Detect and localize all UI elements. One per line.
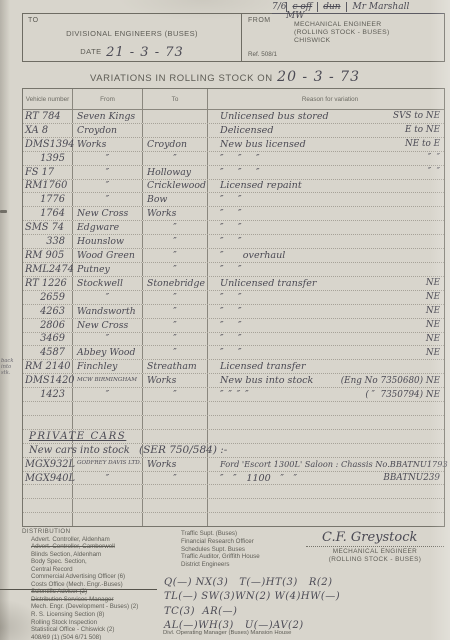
reason-cell: Unlicensed transferNE <box>208 277 444 290</box>
from-value: Godfrey Davis Ltd. <box>73 461 141 467</box>
to-cell: Croydon <box>143 138 208 151</box>
handwritten-initials: MW <box>286 11 304 21</box>
to-value: ″ <box>143 236 207 247</box>
distribution-item: Blinds Section, Aldenham <box>31 551 172 559</box>
table-row: DMS1394WorksCroydonNew bus licensedNE to… <box>23 138 444 152</box>
date-value-handwritten: 21 - 3 - 73 <box>106 45 184 60</box>
table-row: 1764New CrossWorks″ ″ <box>23 207 444 221</box>
routing-recipient: Mr Marshall <box>346 2 410 12</box>
reason-cell: ″ ″ <box>208 235 444 248</box>
title-date-handwritten: 20 - 3 - 73 <box>277 69 360 85</box>
vehicle-number: RM 905 <box>23 250 64 261</box>
reason-cell: ″ ″NE <box>208 319 444 332</box>
distribution-item: Traffic Supt. (Buses) <box>181 530 260 538</box>
table-row: PRIVATE CARS <box>23 430 444 444</box>
to-value: Works <box>143 459 176 470</box>
reason-cell: ″ ″NE <box>208 305 444 318</box>
to-value: ″ <box>143 389 207 400</box>
reason-text: ″ ″ 1100 ″ ″ <box>220 473 297 484</box>
from-cell: Wandsworth <box>73 305 143 318</box>
to-cell <box>143 110 208 123</box>
status-code: NE <box>426 292 440 302</box>
vehicle-number: SMS 74 <box>23 222 64 233</box>
from-value: ″ <box>73 153 142 164</box>
reason-text: ″ ″ <box>220 333 242 344</box>
status-code: ( ″ 7350794) NE <box>365 390 440 400</box>
from-cell: Stockwell <box>73 277 143 290</box>
table-row: SMS 74Edgware″″ ″ <box>23 221 444 235</box>
vehicle-number: RML2474 <box>23 264 74 275</box>
to-cell: ″ <box>143 305 208 318</box>
vehicle-number: RM1760 <box>23 180 67 191</box>
from-line-1: MECHANICAL ENGINEER <box>294 21 390 29</box>
reason-cell: ″ ″ <box>208 207 444 220</box>
reason-cell: ″ ″NE <box>208 333 444 346</box>
reason-cell: ″ ″ <box>208 263 444 276</box>
from-address: MECHANICAL ENGINEER (ROLLING STOCK - BUS… <box>294 21 390 46</box>
from-cell: ″ <box>73 180 143 193</box>
status-code: ″ ″ <box>428 153 440 163</box>
distribution-item: 408/69 (1) (504 6/71 508) <box>31 634 172 640</box>
vehicle-number: 1764 <box>23 208 72 219</box>
vehicle-number: 4587 <box>23 347 72 358</box>
vehicle-cell: FS 17 <box>23 166 73 179</box>
codes-line-2: TL(—) SW(3)WN(2) W(4)HW(—) <box>164 590 340 604</box>
table-body: RT 784Seven KingsUnlicensed bus storedSV… <box>23 110 444 526</box>
from-value: ″ <box>73 167 142 178</box>
reason-cell: ″ overhaul <box>208 249 444 262</box>
to-cell: ″ <box>143 472 208 485</box>
vehicle-number: XA 8 <box>23 125 48 136</box>
table-row <box>23 499 444 513</box>
to-cell: Streatham <box>143 360 208 373</box>
to-value: Streatham <box>143 361 197 372</box>
header-reason: Reason for variation <box>208 89 444 109</box>
vehicle-cell: MGX932L <box>23 458 73 471</box>
page-title: VARIATIONS IN ROLLING STOCK ON 20 - 3 - … <box>0 68 450 86</box>
vehicle-cell <box>23 416 73 429</box>
to-value: Cricklewood <box>143 180 206 191</box>
from-cell <box>73 485 143 498</box>
vehicle-number: 1776 <box>23 194 72 205</box>
vehicle-cell: RM 905 <box>23 249 73 262</box>
reason-text: ″ ″ ″ ″ <box>220 389 249 400</box>
vehicle-number: FS 17 <box>23 167 54 178</box>
reason-cell: New bus into stock(Eng No 7350680) NE <box>208 374 444 387</box>
to-value: Croydon <box>143 139 187 150</box>
distribution-item: Statistical Office - Chiswick (2) <box>31 626 172 634</box>
distribution-heading: DISTRIBUTION <box>22 528 172 536</box>
from-cell: Wood Green <box>73 249 143 262</box>
from-cell <box>73 416 143 429</box>
to-value: ″ <box>143 222 207 233</box>
reason-text: ″ ″ <box>220 208 242 219</box>
reason-text: New bus licensed <box>220 139 306 150</box>
vehicle-number: DMS1420 <box>23 375 75 386</box>
to-cell <box>143 430 208 443</box>
reason-cell <box>208 402 444 415</box>
from-value: New Cross <box>73 208 128 219</box>
to-value: ″ <box>143 292 207 303</box>
from-value: Hounslow <box>73 236 124 247</box>
reason-text: ″ ″ <box>220 320 242 331</box>
vehicle-number: 3469 <box>23 333 72 344</box>
from-cell: Putney <box>73 263 143 276</box>
status-code: NE <box>426 334 440 344</box>
table-row <box>23 513 444 526</box>
reason-text: ″ ″ ″ <box>220 167 260 178</box>
from-cell <box>73 499 143 512</box>
table-row: 2806New Cross″″ ″NE <box>23 319 444 333</box>
table-header-row: Vehicle number From To Reason for variat… <box>23 89 444 110</box>
from-value: Abbey Wood <box>73 347 135 358</box>
to-cell <box>143 499 208 512</box>
to-cell: ″ <box>143 152 208 165</box>
table-row: MGX940L″″″ ″ 1100 ″ ″BBATNU239 <box>23 472 444 486</box>
to-value: ″ <box>143 250 207 261</box>
table-row: RM1760″CricklewoodLicensed repaint <box>23 180 444 194</box>
note-right: (SER 750/584) :- <box>139 444 227 457</box>
signature-role-line-2: (ROLLING STOCK - BUSES) <box>305 556 445 564</box>
reason-cell: ″ ″NE <box>208 346 444 359</box>
allocation-codes: Q(—) NX(3) T(—)HT(3) R(2) TL(—) SW(3)WN(… <box>164 576 340 633</box>
table-row: RML2474Putney″″ ″ <box>23 263 444 277</box>
table-row: RT 784Seven KingsUnlicensed bus storedSV… <box>23 110 444 124</box>
to-cell: ″ <box>143 291 208 304</box>
to-value: Stonebridge <box>143 278 205 289</box>
from-value: ″ <box>73 180 142 191</box>
to-cell: ″ <box>143 263 208 276</box>
from-cell: Godfrey Davis Ltd. <box>73 458 143 471</box>
vehicle-number: 338 <box>23 236 72 247</box>
vehicle-cell: SMS 74 <box>23 221 73 234</box>
to-value: ″ <box>143 333 207 344</box>
distribution-list: DISTRIBUTION Advert. Controller, Aldenha… <box>22 528 172 640</box>
footer-note: Divl. Operating Manager (Buses) Mansion … <box>163 630 291 636</box>
from-value: Stockwell <box>73 278 123 289</box>
distribution-item: Mech. Engr. (Development - Buses) (2) <box>31 603 172 611</box>
status-code: NE <box>426 278 440 288</box>
signature-role-line-1: MECHANICAL ENGINEER <box>305 548 445 556</box>
from-cell: Croydon <box>73 124 143 137</box>
vehicle-number: DMS1394 <box>23 139 75 150</box>
status-code: NE <box>426 320 440 330</box>
from-cell: ″ <box>73 472 143 485</box>
table-row: DMS1420MCW BirminghamWorksNew bus into s… <box>23 374 444 388</box>
header-vehicle-number: Vehicle number <box>23 89 73 109</box>
private-cars-heading: PRIVATE CARS <box>29 430 126 443</box>
reason-text: ″ ″ ″ <box>220 153 260 164</box>
to-value: ″ <box>143 347 207 358</box>
to-cell <box>143 485 208 498</box>
reason-text: Licensed repaint <box>220 180 302 191</box>
vehicle-cell: MGX940L <box>23 472 73 485</box>
reason-cell: Ford 'Escort 1300L' Saloon : Chassis No.… <box>208 458 444 471</box>
from-value: ″ <box>73 194 142 205</box>
to-value: Works <box>143 208 176 219</box>
reason-text: ″ ″ <box>220 306 242 317</box>
status-code: NE to E <box>405 139 440 149</box>
title-printed: VARIATIONS IN ROLLING STOCK ON <box>90 73 273 84</box>
distribution-item: Body Spec. Section, <box>31 558 172 566</box>
table-row <box>23 485 444 499</box>
from-value: Croydon <box>73 125 117 136</box>
vehicle-cell: RT 1226 <box>23 277 73 290</box>
vehicle-cell: 1764 <box>23 207 73 220</box>
variations-table: Vehicle number From To Reason for variat… <box>22 88 445 527</box>
reason-text: Unlicensed bus stored <box>220 111 329 122</box>
vehicle-cell: RM 2140 <box>23 360 73 373</box>
table-row <box>23 416 444 430</box>
vehicle-cell: RML2474 <box>23 263 73 276</box>
from-cell: Works <box>73 138 143 151</box>
reason-cell <box>208 513 444 526</box>
vehicle-number: 2806 <box>23 320 72 331</box>
from-cell: ″ <box>73 291 143 304</box>
from-cell: ″ <box>73 166 143 179</box>
from-value: Edgware <box>73 222 119 233</box>
reason-cell: Unlicensed bus storedSVS to NE <box>208 110 444 123</box>
from-cell <box>73 402 143 415</box>
vehicle-cell: XA 8 <box>23 124 73 137</box>
status-code: ″ ″ <box>428 167 440 177</box>
reason-text: ″ ″ <box>220 236 242 247</box>
note-left: New cars into stock <box>29 444 130 457</box>
vehicle-number: 2659 <box>23 292 72 303</box>
vehicle-number: 4263 <box>23 306 72 317</box>
strikethrough-line <box>0 589 157 590</box>
to-value: Bow <box>143 194 167 205</box>
to-cell: ″ <box>143 346 208 359</box>
reason-cell <box>208 499 444 512</box>
reason-text: Ford 'Escort 1300L' Saloon : Chassis No.… <box>220 459 448 469</box>
routing-prefix: 7/6 <box>272 2 286 12</box>
from-cell: New Cross <box>73 207 143 220</box>
reason-text: ″ ″ <box>220 292 242 303</box>
vehicle-cell: 4587 <box>23 346 73 359</box>
signature-role: MECHANICAL ENGINEER (ROLLING STOCK - BUS… <box>305 548 445 564</box>
from-value: ″ <box>73 473 142 484</box>
to-section: TO DIVISIONAL ENGINEERS (BUSES) DATE 21 … <box>23 14 242 61</box>
to-value: ″ <box>143 320 207 331</box>
table-row: 1423″″″ ″ ″ ″( ″ 7350794) NE <box>23 388 444 402</box>
vehicle-cell: 1776 <box>23 193 73 206</box>
reason-cell: ″ ″ ″″ ″ <box>208 166 444 179</box>
vehicle-number: MGX932L <box>23 459 75 470</box>
distribution-item: Central Record <box>31 566 172 574</box>
reason-text: ″ overhaul <box>220 250 285 261</box>
to-value: ″ <box>143 264 207 275</box>
from-value: Finchley <box>73 361 117 372</box>
from-cell: ″ <box>73 388 143 401</box>
scanned-form-page: 7/6c offdunMr Marshall MW TO DIVISIONAL … <box>0 0 450 640</box>
distribution-item: Schedules Supt. Buses <box>181 546 260 554</box>
status-code: NE <box>426 348 440 358</box>
margin-note: back into stk. <box>1 358 21 376</box>
from-line-3: CHISWICK <box>294 37 390 45</box>
distribution-item: Rolling Stock Inspection <box>31 619 172 627</box>
distribution-item: R. S. Licensing Section (8) <box>31 611 172 619</box>
header-form-box: TO DIVISIONAL ENGINEERS (BUSES) DATE 21 … <box>22 13 445 62</box>
from-cell <box>73 513 143 526</box>
scan-edge-mark <box>0 210 7 213</box>
from-cell: Finchley <box>73 360 143 373</box>
from-value: Seven Kings <box>73 111 135 122</box>
status-code: SVS to NE <box>393 111 440 121</box>
signature-line <box>306 546 444 547</box>
vehicle-cell: DMS1394 <box>23 138 73 151</box>
distribution-item: Commercial Advertising Officer (6) <box>31 573 172 581</box>
from-value: Wood Green <box>73 250 135 261</box>
to-cell: Works <box>143 207 208 220</box>
date-row: DATE 21 - 3 - 73 <box>23 43 241 61</box>
table-row: RT 1226StockwellStonebridgeUnlicensed tr… <box>23 277 444 291</box>
to-cell: ″ <box>143 235 208 248</box>
reason-cell <box>208 444 444 457</box>
distribution-item: Costs Office (Mech. Engr.-Buses) <box>31 581 172 589</box>
table-row: XA 8CroydonDelicensedE to NE <box>23 124 444 138</box>
reason-text: Unlicensed transfer <box>220 278 317 289</box>
to-value: DIVISIONAL ENGINEERS (BUSES) <box>23 29 241 38</box>
to-value: Works <box>143 375 176 386</box>
table-row <box>23 402 444 416</box>
vehicle-number: 1395 <box>23 153 72 164</box>
reason-text: ″ ″ <box>220 222 242 233</box>
vehicle-cell: DMS1420 <box>23 374 73 387</box>
distribution-item: Distribution Services Manager <box>31 596 172 604</box>
vehicle-cell: 1395 <box>23 152 73 165</box>
table-row: RM 2140FinchleyStreathamLicensed transfe… <box>23 360 444 374</box>
reason-cell: ″ ″ 1100 ″ ″BBATNU239 <box>208 472 444 485</box>
distribution-item: Advert. Controller, Aldenham <box>31 536 172 544</box>
header-to: To <box>143 89 208 109</box>
reason-cell: DelicensedE to NE <box>208 124 444 137</box>
table-row: MGX932LGodfrey Davis Ltd.WorksFord 'Esco… <box>23 458 444 472</box>
from-value: Works <box>73 139 106 150</box>
vehicle-cell: 1423 <box>23 388 73 401</box>
reason-cell: ″ ″ <box>208 193 444 206</box>
from-value: ″ <box>73 333 142 344</box>
to-cell: ″ <box>143 221 208 234</box>
vehicle-cell: 2806 <box>23 319 73 332</box>
from-cell: Edgware <box>73 221 143 234</box>
distribution-item: Traffic Auditor, Griffith House <box>181 553 260 561</box>
vehicle-cell: RT 784 <box>23 110 73 123</box>
to-cell: Bow <box>143 193 208 206</box>
to-cell <box>143 513 208 526</box>
vehicle-cell <box>23 485 73 498</box>
status-code: NE <box>426 306 440 316</box>
from-value: Putney <box>73 264 110 275</box>
vehicle-cell: 2659 <box>23 291 73 304</box>
table-row: FS 17″Holloway″ ″ ″″ ″ <box>23 166 444 180</box>
reason-cell: Licensed transfer <box>208 360 444 373</box>
table-row: 338Hounslow″″ ″ <box>23 235 444 249</box>
reason-text: ″ ″ <box>220 347 242 358</box>
distribution-item: District Engineers <box>181 561 260 569</box>
vehicle-number: MGX940L <box>23 473 75 484</box>
vehicle-number: RT 784 <box>23 111 61 122</box>
table-row: 3469″″″ ″NE <box>23 333 444 347</box>
vehicle-cell <box>23 513 73 526</box>
from-value: ″ <box>73 292 142 303</box>
reason-cell: ″ ″ ″ ″( ″ 7350794) NE <box>208 388 444 401</box>
status-code: E to NE <box>405 125 440 135</box>
to-cell: Holloway <box>143 166 208 179</box>
reason-cell <box>208 430 444 443</box>
table-row: 4263Wandsworth″″ ″NE <box>23 305 444 319</box>
to-label: TO <box>28 17 39 24</box>
distribution-item: Financial Research Officer <box>181 538 260 546</box>
vehicle-cell: 338 <box>23 235 73 248</box>
table-row: New cars into stock(SER 750/584) :- <box>23 444 444 458</box>
to-cell: Stonebridge <box>143 277 208 290</box>
vehicle-cell <box>23 402 73 415</box>
from-cell: MCW Birmingham <box>73 374 143 387</box>
signature: C.F. Greystock <box>322 530 417 545</box>
reason-cell: New bus licensedNE to E <box>208 138 444 151</box>
from-cell: ″ <box>73 152 143 165</box>
to-value: ″ <box>143 306 207 317</box>
reason-cell: ″ ″ ″″ ″ <box>208 152 444 165</box>
vehicle-number: 1423 <box>23 389 72 400</box>
reason-text: Delicensed <box>220 125 273 136</box>
from-cell: Abbey Wood <box>73 346 143 359</box>
status-code: (Eng No 7350680) NE <box>341 376 440 386</box>
reason-cell: ″ ″NE <box>208 291 444 304</box>
from-cell: Seven Kings <box>73 110 143 123</box>
vehicle-cell: 4263 <box>23 305 73 318</box>
from-value: ″ <box>73 389 142 400</box>
from-value: Wandsworth <box>73 306 136 317</box>
vehicle-number: RT 1226 <box>23 278 67 289</box>
table-row: 2659″″″ ″NE <box>23 291 444 305</box>
to-cell <box>143 416 208 429</box>
table-row: 1776″Bow″ ″ <box>23 193 444 207</box>
from-cell: Hounslow <box>73 235 143 248</box>
to-cell: ″ <box>143 388 208 401</box>
table-row: 1395″″″ ″ ″″ ″ <box>23 152 444 166</box>
to-cell <box>143 124 208 137</box>
from-cell: New Cross <box>73 319 143 332</box>
vehicle-number: RM 2140 <box>23 361 70 372</box>
reference-number: Ref. 508/1 <box>248 51 277 58</box>
reason-cell <box>208 485 444 498</box>
reason-cell: ″ ″ <box>208 221 444 234</box>
to-value: ″ <box>143 153 207 164</box>
vehicle-cell <box>23 499 73 512</box>
from-line-2: (ROLLING STOCK - BUSES) <box>294 29 390 37</box>
reason-text: ″ ″ <box>220 194 242 205</box>
table-row: RM 905Wood Green″″ overhaul <box>23 249 444 263</box>
codes-line-3: TC(3) AR(—) <box>164 605 340 619</box>
table-row: 4587Abbey Wood″″ ″NE <box>23 346 444 360</box>
from-label: FROM <box>248 17 271 24</box>
status-code: BBATNU239 <box>383 473 440 483</box>
to-value: Holloway <box>143 167 191 178</box>
distribution-list-middle: Traffic Supt. (Buses)Financial Research … <box>181 530 260 569</box>
vehicle-cell: RM1760 <box>23 180 73 193</box>
to-cell: Works <box>143 374 208 387</box>
codes-line-1: Q(—) NX(3) T(—)HT(3) R(2) <box>164 576 340 590</box>
vehicle-cell: 3469 <box>23 333 73 346</box>
header-from: From <box>73 89 143 109</box>
to-cell: ″ <box>143 249 208 262</box>
from-section: FROM MECHANICAL ENGINEER (ROLLING STOCK … <box>242 14 444 61</box>
reason-text: Licensed transfer <box>220 361 306 372</box>
from-cell: ″ <box>73 193 143 206</box>
from-cell: ″ <box>73 333 143 346</box>
